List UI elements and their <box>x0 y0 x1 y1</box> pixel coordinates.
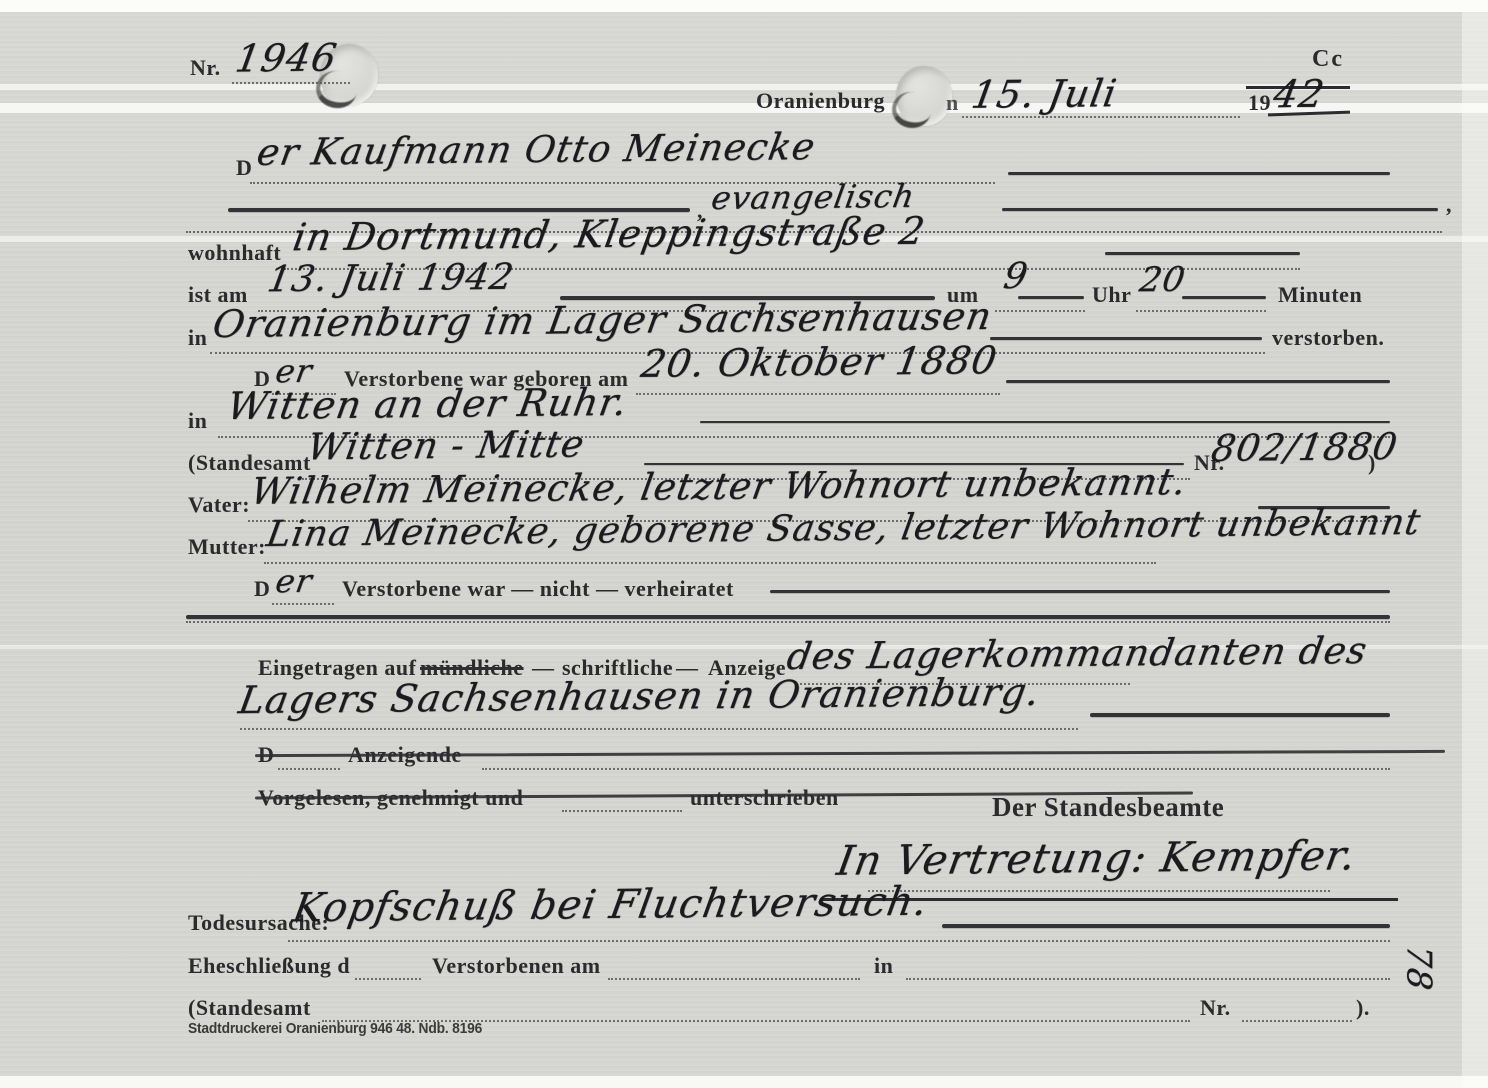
deceased-prefix-printed: D <box>236 155 252 181</box>
marriage-label-1: Eheschließung d <box>188 953 350 979</box>
filler-dash <box>1006 380 1390 383</box>
separator-dash <box>186 615 1390 619</box>
hour-handwritten: 9 <box>1001 256 1032 297</box>
den-remnant: n <box>946 90 959 116</box>
punch-shadow-arc <box>889 88 935 131</box>
death-date-handwritten: 13. Juli 1942 <box>264 257 517 301</box>
filler-dash <box>1008 172 1390 175</box>
registry-close-paren: ) <box>1368 450 1376 476</box>
dotted-line <box>186 621 1390 623</box>
dotted-line <box>562 810 682 812</box>
registration-handwritten-2: Lagers Sachsenhausen in Oranienburg. <box>236 670 1044 722</box>
dotted-line <box>232 82 350 84</box>
printer-imprint: Stadtdruckerei Oranienburg 946 48. Ndb. … <box>188 1020 482 1037</box>
filler-dash <box>942 924 1390 928</box>
dotted-line <box>906 978 1390 980</box>
residence-label: wohnhaft <box>188 240 281 266</box>
year-prefix-printed: 19 <box>1248 90 1271 116</box>
registry2-label: (Standesamt <box>188 995 311 1021</box>
vorgelesen-part-2: unterschrieben <box>690 785 839 811</box>
dotted-line <box>1136 310 1266 312</box>
residence-handwritten: in Dortmund, Kleppingstraße 2 <box>290 209 929 260</box>
birth-place-label: in <box>188 408 207 434</box>
filler-dash <box>700 421 1390 423</box>
deceased-name-handwritten: er Kaufmann Otto Meinecke <box>254 125 819 174</box>
margin-page-number: 78 <box>1399 943 1439 992</box>
certificate-number-value: 1946 <box>232 35 340 80</box>
verstorben-label: verstorben. <box>1272 325 1384 351</box>
marriage-label-2: Verstorbenen am <box>432 953 601 979</box>
father-label: Vater: <box>188 492 250 518</box>
minutes-handwritten: 20 <box>1137 260 1189 300</box>
filler-dash <box>1182 296 1266 299</box>
filler-dash <box>1105 252 1300 255</box>
registry-handwritten: Witten - Mitte <box>304 423 588 469</box>
scan-band <box>1462 0 1488 1088</box>
dotted-line <box>636 393 1000 395</box>
death-certificate-scan: Nr. 1946 Cc Oranienburg n 15. Juli 19 42… <box>0 0 1488 1088</box>
dotted-line <box>355 978 421 980</box>
filler-dash <box>770 590 1390 593</box>
filler-dash <box>990 337 1262 340</box>
death-place-label: in <box>188 325 207 351</box>
dotted-line <box>1242 1020 1352 1022</box>
dotted-line <box>482 768 1390 770</box>
marriage-label-3: in <box>874 953 893 979</box>
mother-label: Mutter: <box>188 534 266 560</box>
filler-dash <box>1090 713 1390 717</box>
registry2-close: ). <box>1356 995 1370 1021</box>
birth-date-handwritten: 20. Oktober 1880 <box>638 338 1001 386</box>
death-place-handwritten: Oranienburg im Lager Sachsenhausen <box>210 294 996 346</box>
dotted-line <box>272 603 334 605</box>
issue-place-printed: Oranienburg <box>756 88 885 114</box>
dotted-line <box>240 728 1078 730</box>
registrar-signature-handwritten: In Vertretung: Kempfer. <box>834 831 1360 884</box>
registrar-title: Der Standesbeamte <box>992 792 1224 823</box>
dotted-line <box>995 310 1085 312</box>
year-handwritten: 42 <box>1270 72 1328 117</box>
minuten-label: Minuten <box>1278 282 1362 308</box>
birth-place-handwritten: Witten an der Ruhr. <box>224 380 631 428</box>
marital-prefix-printed: D <box>254 576 270 602</box>
issue-date-handwritten: 15. Juli <box>968 71 1120 117</box>
dotted-line <box>278 768 340 770</box>
cause-of-death-handwritten: Kopfschuß bei Fluchtversuch. <box>290 879 932 932</box>
scan-band <box>0 1076 1488 1088</box>
certificate-number-label: Nr. <box>190 55 221 81</box>
filler-dash <box>1002 208 1438 211</box>
dotted-line <box>608 978 860 980</box>
filler-dash <box>1018 296 1084 299</box>
scan-band <box>0 0 1488 12</box>
registry2-nr-label: Nr. <box>1200 995 1231 1021</box>
dotted-line <box>288 940 1390 942</box>
dotted-line <box>868 890 1330 892</box>
dotted-line <box>264 562 1156 564</box>
hole-punch <box>896 66 952 126</box>
marital-label: Verstorbene war — nicht — verheiratet <box>342 576 734 602</box>
line-end-comma: , <box>1446 192 1452 218</box>
uhr-label: Uhr <box>1092 282 1131 308</box>
series-mark: Cc <box>1312 46 1344 73</box>
marital-prefix-suffix-handwritten: er <box>273 562 316 600</box>
